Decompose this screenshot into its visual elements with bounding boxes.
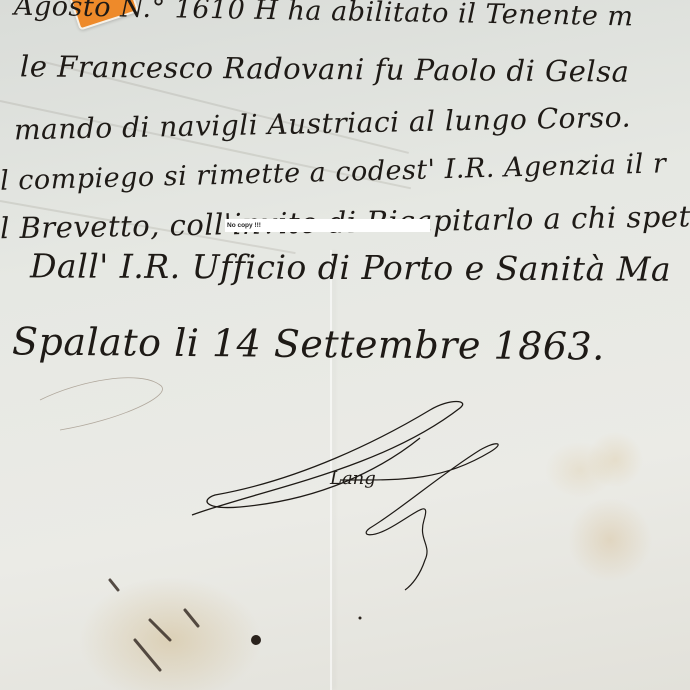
signature-flourish <box>0 0 690 690</box>
signature-name: Lang <box>330 468 376 489</box>
no-copy-watermark: No copy !!! <box>225 219 430 232</box>
